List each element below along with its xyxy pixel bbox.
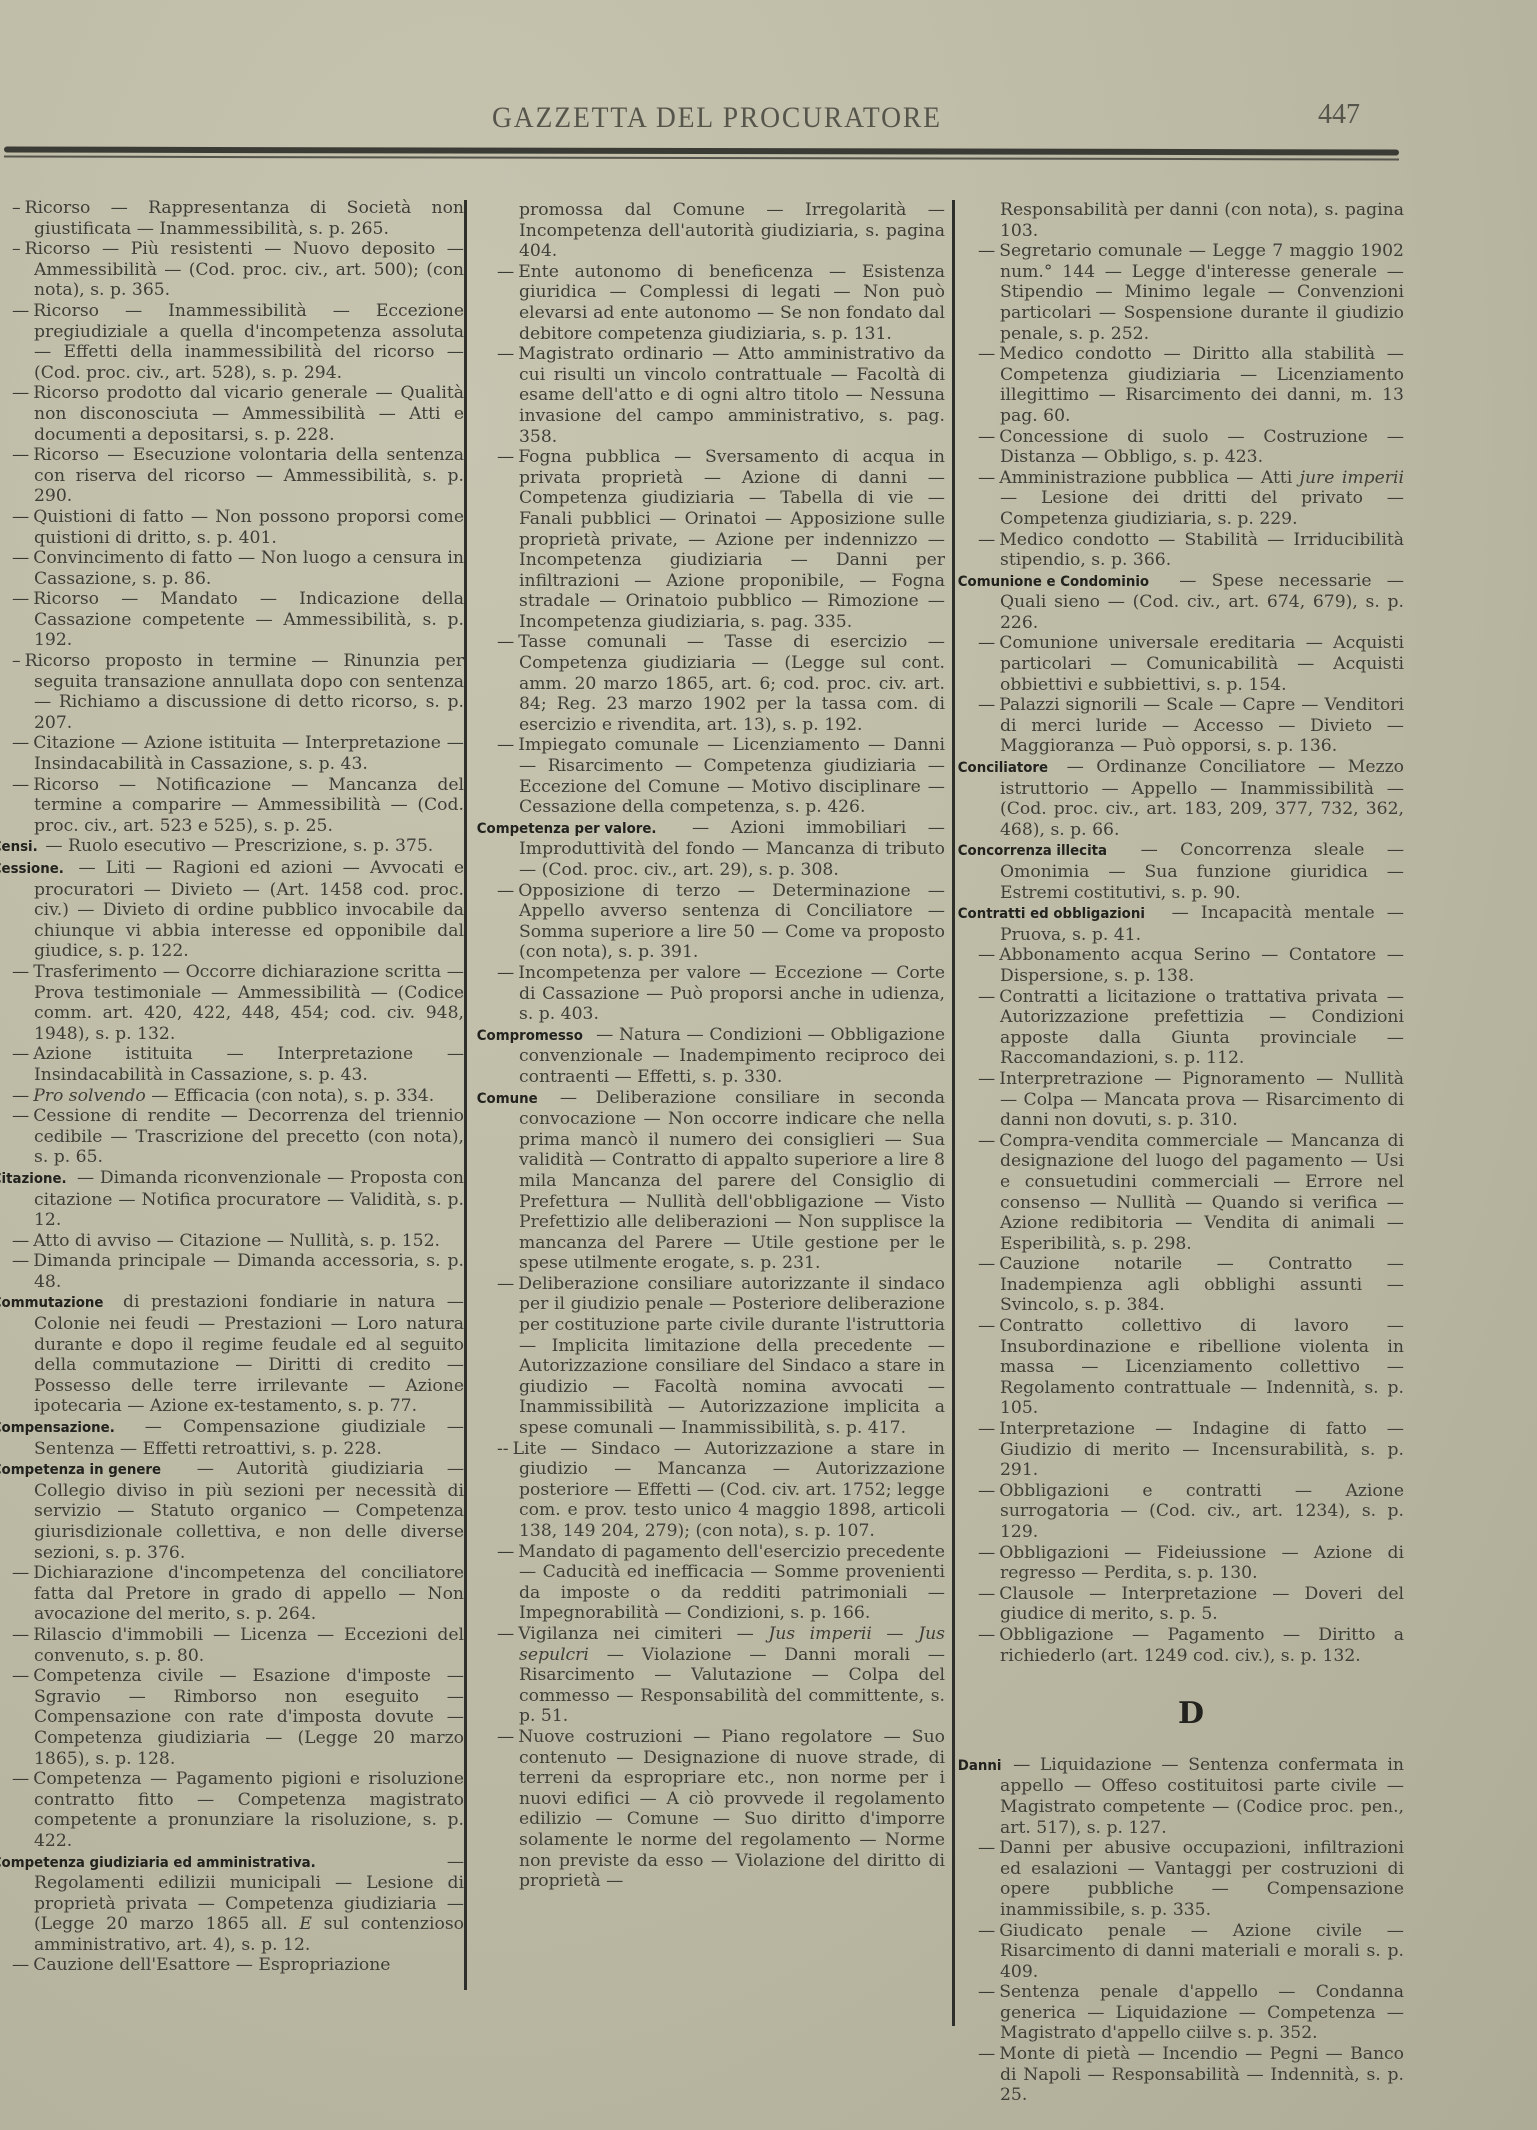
entry-text: Segretario comunale — Legge 7 maggio 190… xyxy=(999,241,1404,343)
index-subentry: —Concessione di suolo — Costruzione — Di… xyxy=(978,427,1404,468)
entry-dash: — xyxy=(12,1231,33,1251)
entry-dash: — xyxy=(12,548,33,568)
entry-dash: — xyxy=(978,2044,999,2064)
index-subentry: —Ente autonomo di beneficenza — Esistenz… xyxy=(497,262,945,344)
entry-text: Contratto collettivo di lavoro — Insubor… xyxy=(999,1316,1404,1418)
index-subentry: —Vigilanza nei cimiteri — Jus imperii — … xyxy=(497,1624,945,1727)
entry-dash: — xyxy=(12,962,33,982)
entry-text: Ricorso — Rappresentanza di Società non … xyxy=(25,198,464,239)
index-heading-entry: Compromesso — Natura — Condizioni — Obbl… xyxy=(497,1025,945,1088)
index-subentry: –Ricorso — Più resistenti — Nuovo deposi… xyxy=(12,239,464,301)
index-subentry: —Dichiarazione d'incompetenza del concil… xyxy=(12,1563,464,1625)
index-entries-c: Responsabilità per danni (con nota), s. … xyxy=(978,200,1404,1666)
entry-text: Convincimento di fatto — Non luogo a cen… xyxy=(33,548,464,589)
entry-dash: — xyxy=(978,987,999,1007)
entry-dash: — xyxy=(497,735,518,755)
entry-dash: — xyxy=(12,775,33,795)
entry-text: Amministrazione pubblica — Atti xyxy=(999,468,1299,488)
entry-dash: — xyxy=(978,1838,999,1858)
index-subentry: —Medico condotto — Stabilità — Irriducib… xyxy=(978,530,1404,571)
column-divider-2 xyxy=(952,200,955,2026)
entry-dash: — xyxy=(497,881,518,901)
entry-dash: — xyxy=(978,1625,999,1645)
index-subentry: —Ricorso — Esecuzione volontaria della s… xyxy=(12,445,464,507)
index-subentry: —Magistrato ordinario — Atto amministrat… xyxy=(497,344,945,447)
entry-heading: Citazione. xyxy=(12,1169,67,1190)
index-heading-entry: Danni — Liquidazione — Sentenza conferma… xyxy=(978,1755,1404,1838)
index-subentry: —Compra-vendita commerciale — Mancanza d… xyxy=(978,1131,1404,1255)
index-subentry: —Ricorso prodotto dal vicario generale —… xyxy=(12,383,464,445)
entry-text: Dimanda principale — Dimanda accessoria,… xyxy=(33,1251,464,1292)
index-subentry: –Ricorso proposto in termine — Rinunzia … xyxy=(12,651,464,733)
entry-dash: — xyxy=(12,1625,33,1645)
index-subentry: —Medico condotto — Diritto alla stabilit… xyxy=(978,344,1404,426)
entry-italic-term: jure imperii xyxy=(1300,468,1404,488)
entry-dash: — xyxy=(12,1563,33,1583)
index-subentry: —Obbligazione — Pagamento — Diritto a ri… xyxy=(978,1625,1404,1666)
entry-text: Tasse comunali — Tasse di esercizio — Co… xyxy=(518,632,945,734)
index-subentry: —Abbonamento acqua Serino — Contatore — … xyxy=(978,945,1404,986)
index-heading-entry: Concorrenza illecita — Concorrenza sleal… xyxy=(978,840,1404,903)
entry-text: Dichiarazione d'incompetenza del concili… xyxy=(33,1563,464,1624)
entry-dash: — xyxy=(978,633,999,653)
entry-text: Competenza civile — Esazione d'imposte —… xyxy=(33,1666,464,1768)
index-subentry: —Contratti a licitazione o trattativa pr… xyxy=(978,987,1404,1069)
index-subentry: —Ricorso — Inammessibilità — Eccezione p… xyxy=(12,301,464,383)
entry-dash: — xyxy=(978,1131,999,1151)
index-subentry: —Pro solvendo — Efficacia (con nota), s.… xyxy=(12,1086,464,1107)
entry-text: Ricorso prodotto dal vicario generale — … xyxy=(33,383,464,444)
section-letter-heading: D xyxy=(978,1704,1404,1725)
index-subentry: —Mandato di pagamento dell'esercizio pre… xyxy=(497,1542,945,1624)
entry-text: Obbligazioni e contratti — Azione surrog… xyxy=(999,1481,1404,1542)
entry-dash: — xyxy=(978,468,999,488)
entry-dash: — xyxy=(12,733,33,753)
running-title: GAZZETTA DEL PROCURATORE xyxy=(492,101,942,135)
entry-heading: Comune xyxy=(497,1089,538,1110)
index-subentry: —Amministrazione pubblica — Atti jure im… xyxy=(978,468,1404,530)
index-subentry: —Opposizione di terzo — Determinazione —… xyxy=(497,881,945,963)
entry-text: Fogna pubblica — Sversamento di acqua in… xyxy=(518,447,945,632)
entry-heading: Concorrenza illecita xyxy=(978,841,1107,862)
index-subentry: —Impiegato comunale — Licenziamento — Da… xyxy=(497,735,945,817)
entry-dash: — xyxy=(978,1921,999,1941)
index-heading-entry: Contratti ed obbligazioni — Incapacità m… xyxy=(978,903,1404,945)
entry-heading: Competenza giudiziaria ed amministrativa… xyxy=(12,1853,316,1874)
entry-text: Ricorso — Inammessibilità — Eccezione pr… xyxy=(33,301,464,383)
index-subentry: —Trasferimento — Occorre dichiarazione s… xyxy=(12,962,464,1044)
entry-text: Vigilanza nei cimiteri — xyxy=(518,1624,768,1644)
index-subentry: —Atto di avviso — Citazione — Nullità, s… xyxy=(12,1231,464,1252)
entry-text: Cessione di rendite — Decorrenza del tri… xyxy=(33,1106,464,1167)
index-subentry: —Ricorso — Notificazione — Mancanza del … xyxy=(12,775,464,837)
index-subentry: promossa dal Comune — Irregolarità — Inc… xyxy=(497,200,945,262)
page-number: 447 xyxy=(1318,99,1360,131)
entry-dash: — xyxy=(978,1982,999,2002)
entry-dash: — xyxy=(497,447,518,467)
entry-text: Mandato di pagamento dell'esercizio prec… xyxy=(518,1542,945,1624)
index-subentry: --Lite — Sindaco — Autorizzazione a star… xyxy=(497,1439,945,1542)
entry-dash: — xyxy=(978,1254,999,1274)
entry-dash: — xyxy=(12,1086,33,1106)
entry-text: Impiegato comunale — Licenziamento — Dan… xyxy=(518,735,945,817)
entry-text: Ricorso — Notificazione — Mancanza del t… xyxy=(33,775,464,836)
entry-text: Opposizione di terzo — Determinazione — … xyxy=(518,881,945,963)
index-heading-entry: Comunione e Condominio — Spese necessari… xyxy=(978,571,1404,634)
entry-heading: Conciliatore xyxy=(978,758,1048,779)
entry-dash: — xyxy=(12,589,33,609)
entry-text: Monte di pietà — Incendio — Pegni — Banc… xyxy=(999,2044,1404,2105)
index-subentry: —Comunione universale ereditaria — Acqui… xyxy=(978,633,1404,695)
entry-heading: Compromesso xyxy=(497,1026,583,1047)
entry-dash: — xyxy=(497,344,518,364)
index-subentry: —Cauzione notarile — Contratto — Inademp… xyxy=(978,1254,1404,1316)
entry-text: — Deliberazione consiliare in seconda co… xyxy=(519,1088,945,1274)
entry-heading: Comunione e Condominio xyxy=(978,572,1149,593)
entry-italic-term: E xyxy=(299,1914,312,1934)
entry-text: Magistrato ordinario — Atto amministrati… xyxy=(518,344,945,446)
index-subentry: —Giudicato penale — Azione civile — Risa… xyxy=(978,1921,1404,1983)
entry-dash: — xyxy=(978,1069,999,1089)
index-subentry: —Contratto collettivo di lavoro — Insubo… xyxy=(978,1316,1404,1419)
entry-text: Clausole — Interpretazione — Doveri del … xyxy=(999,1584,1404,1625)
entry-dash: — xyxy=(497,632,518,652)
entry-heading: Censi. xyxy=(12,837,38,858)
entry-dash: — xyxy=(497,1624,518,1644)
entry-dash: — xyxy=(978,530,999,550)
index-heading-entry: Conciliatore — Ordinanze Conciliatore — … xyxy=(978,757,1404,840)
entry-text: Deliberazione consiliare autorizzante il… xyxy=(518,1274,945,1438)
page-header: GAZZETTA DEL PROCURATORE 447 xyxy=(0,95,1410,135)
index-heading-entry: Competenza in genere — Autorità giudizia… xyxy=(12,1459,464,1563)
entry-text: Concessione di suolo — Costruzione — Dis… xyxy=(999,427,1404,468)
entry-text: Contratti a licitazione o trattativa pri… xyxy=(999,987,1404,1069)
entry-text: — Liquidazione — Sentenza confermata in … xyxy=(1000,1755,1404,1838)
entry-dash: — xyxy=(978,945,999,965)
index-subentry: —Nuove costruzioni — Piano regolatore — … xyxy=(497,1727,945,1892)
entry-text: Interpretrazione — Pignoramento — Nullit… xyxy=(999,1069,1404,1130)
entry-text: promossa dal Comune — Irregolarità — Inc… xyxy=(519,200,945,261)
entry-text: Obbligazioni — Fideiussione — Azione di … xyxy=(999,1543,1404,1584)
index-heading-entry: Comune — Deliberazione consiliare in sec… xyxy=(497,1088,945,1274)
entry-dash: — xyxy=(978,1316,999,1336)
entry-italic-term: Jus imperii xyxy=(768,1624,872,1644)
entry-dash: — xyxy=(978,241,999,261)
index-subentry: —Palazzi signorili — Scale — Capre — Ven… xyxy=(978,695,1404,757)
entry-dash: — xyxy=(978,1419,999,1439)
entry-italic-term: Pro solvendo xyxy=(33,1086,146,1106)
entry-text: Ricorso — Più resistenti — Nuovo deposit… xyxy=(25,239,464,300)
index-heading-entry: Censi. — Ruolo esecutivo — Prescrizione,… xyxy=(12,836,464,858)
entry-dash: — xyxy=(497,1727,518,1747)
index-subentry: —Competenza civile — Esazione d'imposte … xyxy=(12,1666,464,1769)
index-subentry: —Deliberazione consiliare autorizzante i… xyxy=(497,1274,945,1439)
entry-dash: — xyxy=(12,507,33,527)
entry-text: Trasferimento — Occorre dichiarazione sc… xyxy=(33,962,464,1044)
entry-dash: — xyxy=(978,344,999,364)
index-subentry: —Monte di pietà — Incendio — Pegni — Ban… xyxy=(978,2044,1404,2106)
entry-dash: — xyxy=(12,1251,33,1271)
index-subentry: —Rilascio d'immobili — Licenza — Eccezio… xyxy=(12,1625,464,1666)
entry-dash: — xyxy=(497,1542,518,1562)
index-subentry: —Sentenza penale d'appello — Condanna ge… xyxy=(978,1982,1404,2044)
entry-text: Ricorso — Esecuzione volontaria della se… xyxy=(33,445,464,506)
entry-text: Ricorso proposto in termine — Rinunzia p… xyxy=(25,651,464,733)
index-heading-entry: Cessione. — Liti — Ragioni ed azioni — A… xyxy=(12,858,464,962)
entry-dash: — xyxy=(497,1274,518,1294)
entry-dash: -- xyxy=(497,1439,513,1459)
entry-text: Compra-vendita commerciale — Mancanza di… xyxy=(999,1131,1404,1254)
index-subentry: —Ricorso — Mandato — Indicazione della C… xyxy=(12,589,464,651)
header-rule-thick xyxy=(4,147,1399,156)
index-heading-entry: Competenza per valore. — Azioni immobili… xyxy=(497,818,945,881)
index-subentry: —Interpretrazione — Pignoramento — Nulli… xyxy=(978,1069,1404,1131)
entry-text: Giudicato penale — Azione civile — Risar… xyxy=(999,1921,1404,1982)
entry-text: Incompetenza per valore — Eccezione — Co… xyxy=(518,963,945,1024)
entry-dash: — xyxy=(978,1584,999,1604)
entry-text: Medico condotto — Stabilità — Irriducibi… xyxy=(999,530,1404,571)
index-entries-d: Danni — Liquidazione — Sentenza conferma… xyxy=(978,1755,1404,2106)
entry-text: Lite — Sindaco — Autorizzazione a stare … xyxy=(513,1439,945,1541)
index-subentry: —Incompetenza per valore — Eccezione — C… xyxy=(497,963,945,1025)
entry-dash: — xyxy=(978,1543,999,1563)
index-subentry: —Convincimento di fatto — Non luogo a ce… xyxy=(12,548,464,589)
entry-dash: — xyxy=(12,1106,33,1126)
entry-dash: — xyxy=(497,262,518,282)
entry-dash: – xyxy=(12,239,25,259)
index-subentry: —Obbligazioni — Fideiussione — Azione di… xyxy=(978,1543,1404,1584)
index-subentry: —Danni per abusive occupazioni, infiltra… xyxy=(978,1838,1404,1920)
entry-heading: Cessione. xyxy=(12,859,64,880)
entry-text: Responsabilità per danni (con nota), s. … xyxy=(1000,200,1404,241)
entry-text: Citazione — Azione istituita — Interpret… xyxy=(33,733,464,774)
entry-dash: — xyxy=(978,427,999,447)
entry-dash: — xyxy=(12,383,33,403)
index-subentry: —Azione istituita — Interpretazione — In… xyxy=(12,1044,464,1085)
entry-text: Cauzione notarile — Contratto — Inadempi… xyxy=(999,1254,1404,1315)
index-subentry: —Cauzione dell'Esattore — Espropriazione xyxy=(12,1955,464,1976)
entry-text: Interpretazione — Indagine di fatto — Gi… xyxy=(999,1419,1404,1480)
index-subentry: Responsabilità per danni (con nota), s. … xyxy=(978,200,1404,241)
column-divider-1 xyxy=(464,200,467,1990)
entry-dash: — xyxy=(12,1044,33,1064)
index-subentry: —Fogna pubblica — Sversamento di acqua i… xyxy=(497,447,945,632)
index-subentry: —Competenza — Pagamento pigioni e risolu… xyxy=(12,1769,464,1851)
entry-text: Quistioni di fatto — Non possono propors… xyxy=(33,507,464,548)
entry-heading: Competenza in genere xyxy=(12,1460,161,1481)
entry-text: — Efficacia (con nota), s. p. 334. xyxy=(146,1086,434,1106)
entry-dash: — xyxy=(978,1481,999,1501)
entry-dash: — xyxy=(12,301,33,321)
entry-heading: Danni xyxy=(978,1756,1001,1777)
entry-text: Obbligazione — Pagamento — Diritto a ric… xyxy=(999,1625,1404,1666)
entry-text: Danni per abusive occupazioni, infiltraz… xyxy=(999,1838,1404,1920)
entry-text: Ricorso — Mandato — Indicazione della Ca… xyxy=(33,589,464,650)
index-subentry: —Clausole — Interpretazione — Doveri del… xyxy=(978,1584,1404,1625)
entry-text: Comunione universale ereditaria — Acquis… xyxy=(999,633,1404,694)
entry-text: Rilascio d'immobili — Licenza — Eccezion… xyxy=(33,1625,464,1666)
index-heading-entry: Commutazione di prestazioni fondiarie in… xyxy=(12,1292,464,1417)
entry-text: Ente autonomo di beneficenza — Esistenza… xyxy=(518,262,945,344)
entry-dash: — xyxy=(12,1955,33,1975)
entry-text: — Ordinanze Conciliatore — Mezzo istrutt… xyxy=(1000,757,1404,840)
entry-text: — Liti — Ragioni ed azioni — Avvocati e … xyxy=(34,858,464,961)
entry-dash: — xyxy=(978,695,999,715)
index-heading-entry: Competenza giudiziaria ed amministrativa… xyxy=(12,1852,464,1956)
entry-text: Nuove costruzioni — Piano regolatore — S… xyxy=(518,1727,945,1891)
entry-text: Abbonamento acqua Serino — Contatore — D… xyxy=(999,945,1404,986)
index-column-right: Responsabilità per danni (con nota), s. … xyxy=(978,200,1404,2106)
entry-dash: — xyxy=(12,1769,33,1789)
entry-text: Medico condotto — Diritto alla stabilità… xyxy=(999,344,1404,426)
index-subentry: —Citazione — Azione istituita — Interpre… xyxy=(12,733,464,774)
index-heading-entry: Compensazione. — Compensazione giudizial… xyxy=(12,1417,464,1459)
entry-text: Palazzi signorili — Scale — Capre — Vend… xyxy=(999,695,1404,756)
index-column-left: –Ricorso — Rappresentanza di Società non… xyxy=(12,198,464,1976)
entry-text: — xyxy=(872,1624,918,1644)
index-subentry: —Quistioni di fatto — Non possono propor… xyxy=(12,507,464,548)
entry-text: — Dimanda riconvenzionale — Proposta con… xyxy=(34,1168,464,1230)
entry-heading: Competenza per valore. xyxy=(497,819,657,840)
entry-dash: — xyxy=(12,445,33,465)
entry-text: Sentenza penale d'appello — Condanna gen… xyxy=(999,1982,1404,2043)
index-subentry: —Dimanda principale — Dimanda accessoria… xyxy=(12,1251,464,1292)
entry-text: Azione istituita — Interpretazione — Ins… xyxy=(33,1044,464,1085)
index-subentry: —Cessione di rendite — Decorrenza del tr… xyxy=(12,1106,464,1168)
entry-heading: Commutazione xyxy=(12,1293,103,1314)
entry-text: Atto di avviso — Citazione — Nullità, s.… xyxy=(33,1231,440,1251)
entry-dash: – xyxy=(12,198,25,218)
entry-heading: Contratti ed obbligazioni xyxy=(978,904,1145,925)
index-subentry: —Interpretazione — Indagine di fatto — G… xyxy=(978,1419,1404,1481)
entry-heading: Compensazione. xyxy=(12,1418,115,1439)
index-subentry: —Obbligazioni e contratti — Azione surro… xyxy=(978,1481,1404,1543)
entry-dash: – xyxy=(12,651,25,671)
entry-dash: — xyxy=(497,963,518,983)
header-rule-thin xyxy=(4,156,1399,161)
entry-dash: — xyxy=(12,1666,33,1686)
index-subentry: —Segretario comunale — Legge 7 maggio 19… xyxy=(978,241,1404,344)
entry-text: Cauzione dell'Esattore — Espropriazione xyxy=(33,1955,390,1975)
index-column-middle: promossa dal Comune — Irregolarità — Inc… xyxy=(497,200,945,1892)
index-subentry: –Ricorso — Rappresentanza di Società non… xyxy=(12,198,464,239)
entry-text: Competenza — Pagamento pigioni e risoluz… xyxy=(33,1769,464,1851)
index-heading-entry: Citazione. — Dimanda riconvenzionale — P… xyxy=(12,1168,464,1231)
index-subentry: —Tasse comunali — Tasse di esercizio — C… xyxy=(497,632,945,735)
entry-text: — Lesione dei dritti del privato — Compe… xyxy=(1000,488,1404,529)
entry-text: — Ruolo esecutivo — Prescrizione, s. p. … xyxy=(45,836,433,856)
